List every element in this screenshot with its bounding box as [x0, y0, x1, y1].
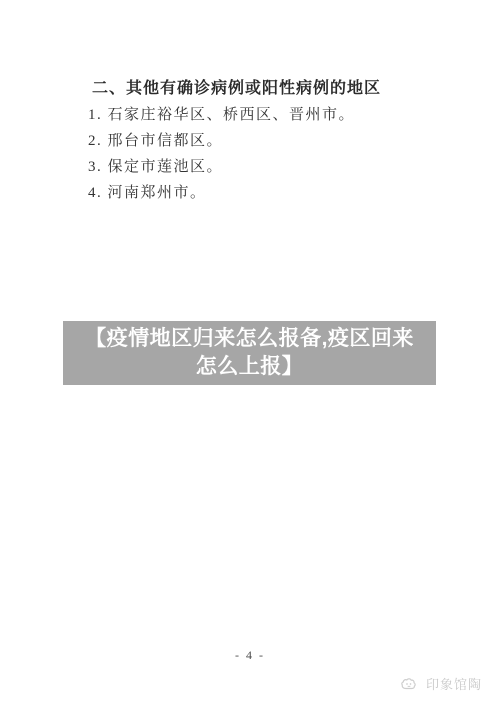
- section-heading: 二、其他有确诊病例或阳性病例的地区: [92, 75, 381, 98]
- page-number: - 4 -: [0, 648, 500, 663]
- region-list: 1. 石家庄裕华区、桥西区、晋州市。 2. 邢台市信都区。 3. 保定市莲池区。…: [88, 102, 418, 206]
- list-item: 3. 保定市莲池区。: [88, 154, 418, 180]
- list-item: 2. 邢台市信都区。: [88, 128, 418, 154]
- banner-title: 【疫情地区归来怎么报备,疫区回来怎么上报】: [77, 325, 422, 381]
- watermark: 印象馆陶: [401, 674, 482, 693]
- list-item: 1. 石家庄裕华区、桥西区、晋州市。: [88, 102, 418, 128]
- document-page: 二、其他有确诊病例或阳性病例的地区 1. 石家庄裕华区、桥西区、晋州市。 2. …: [0, 0, 500, 707]
- cloud-logo-icon: [401, 676, 421, 691]
- list-item: 4. 河南郑州市。: [88, 180, 418, 206]
- highlight-banner: 【疫情地区归来怎么报备,疫区回来怎么上报】: [63, 321, 436, 385]
- watermark-label: 印象馆陶: [426, 674, 482, 693]
